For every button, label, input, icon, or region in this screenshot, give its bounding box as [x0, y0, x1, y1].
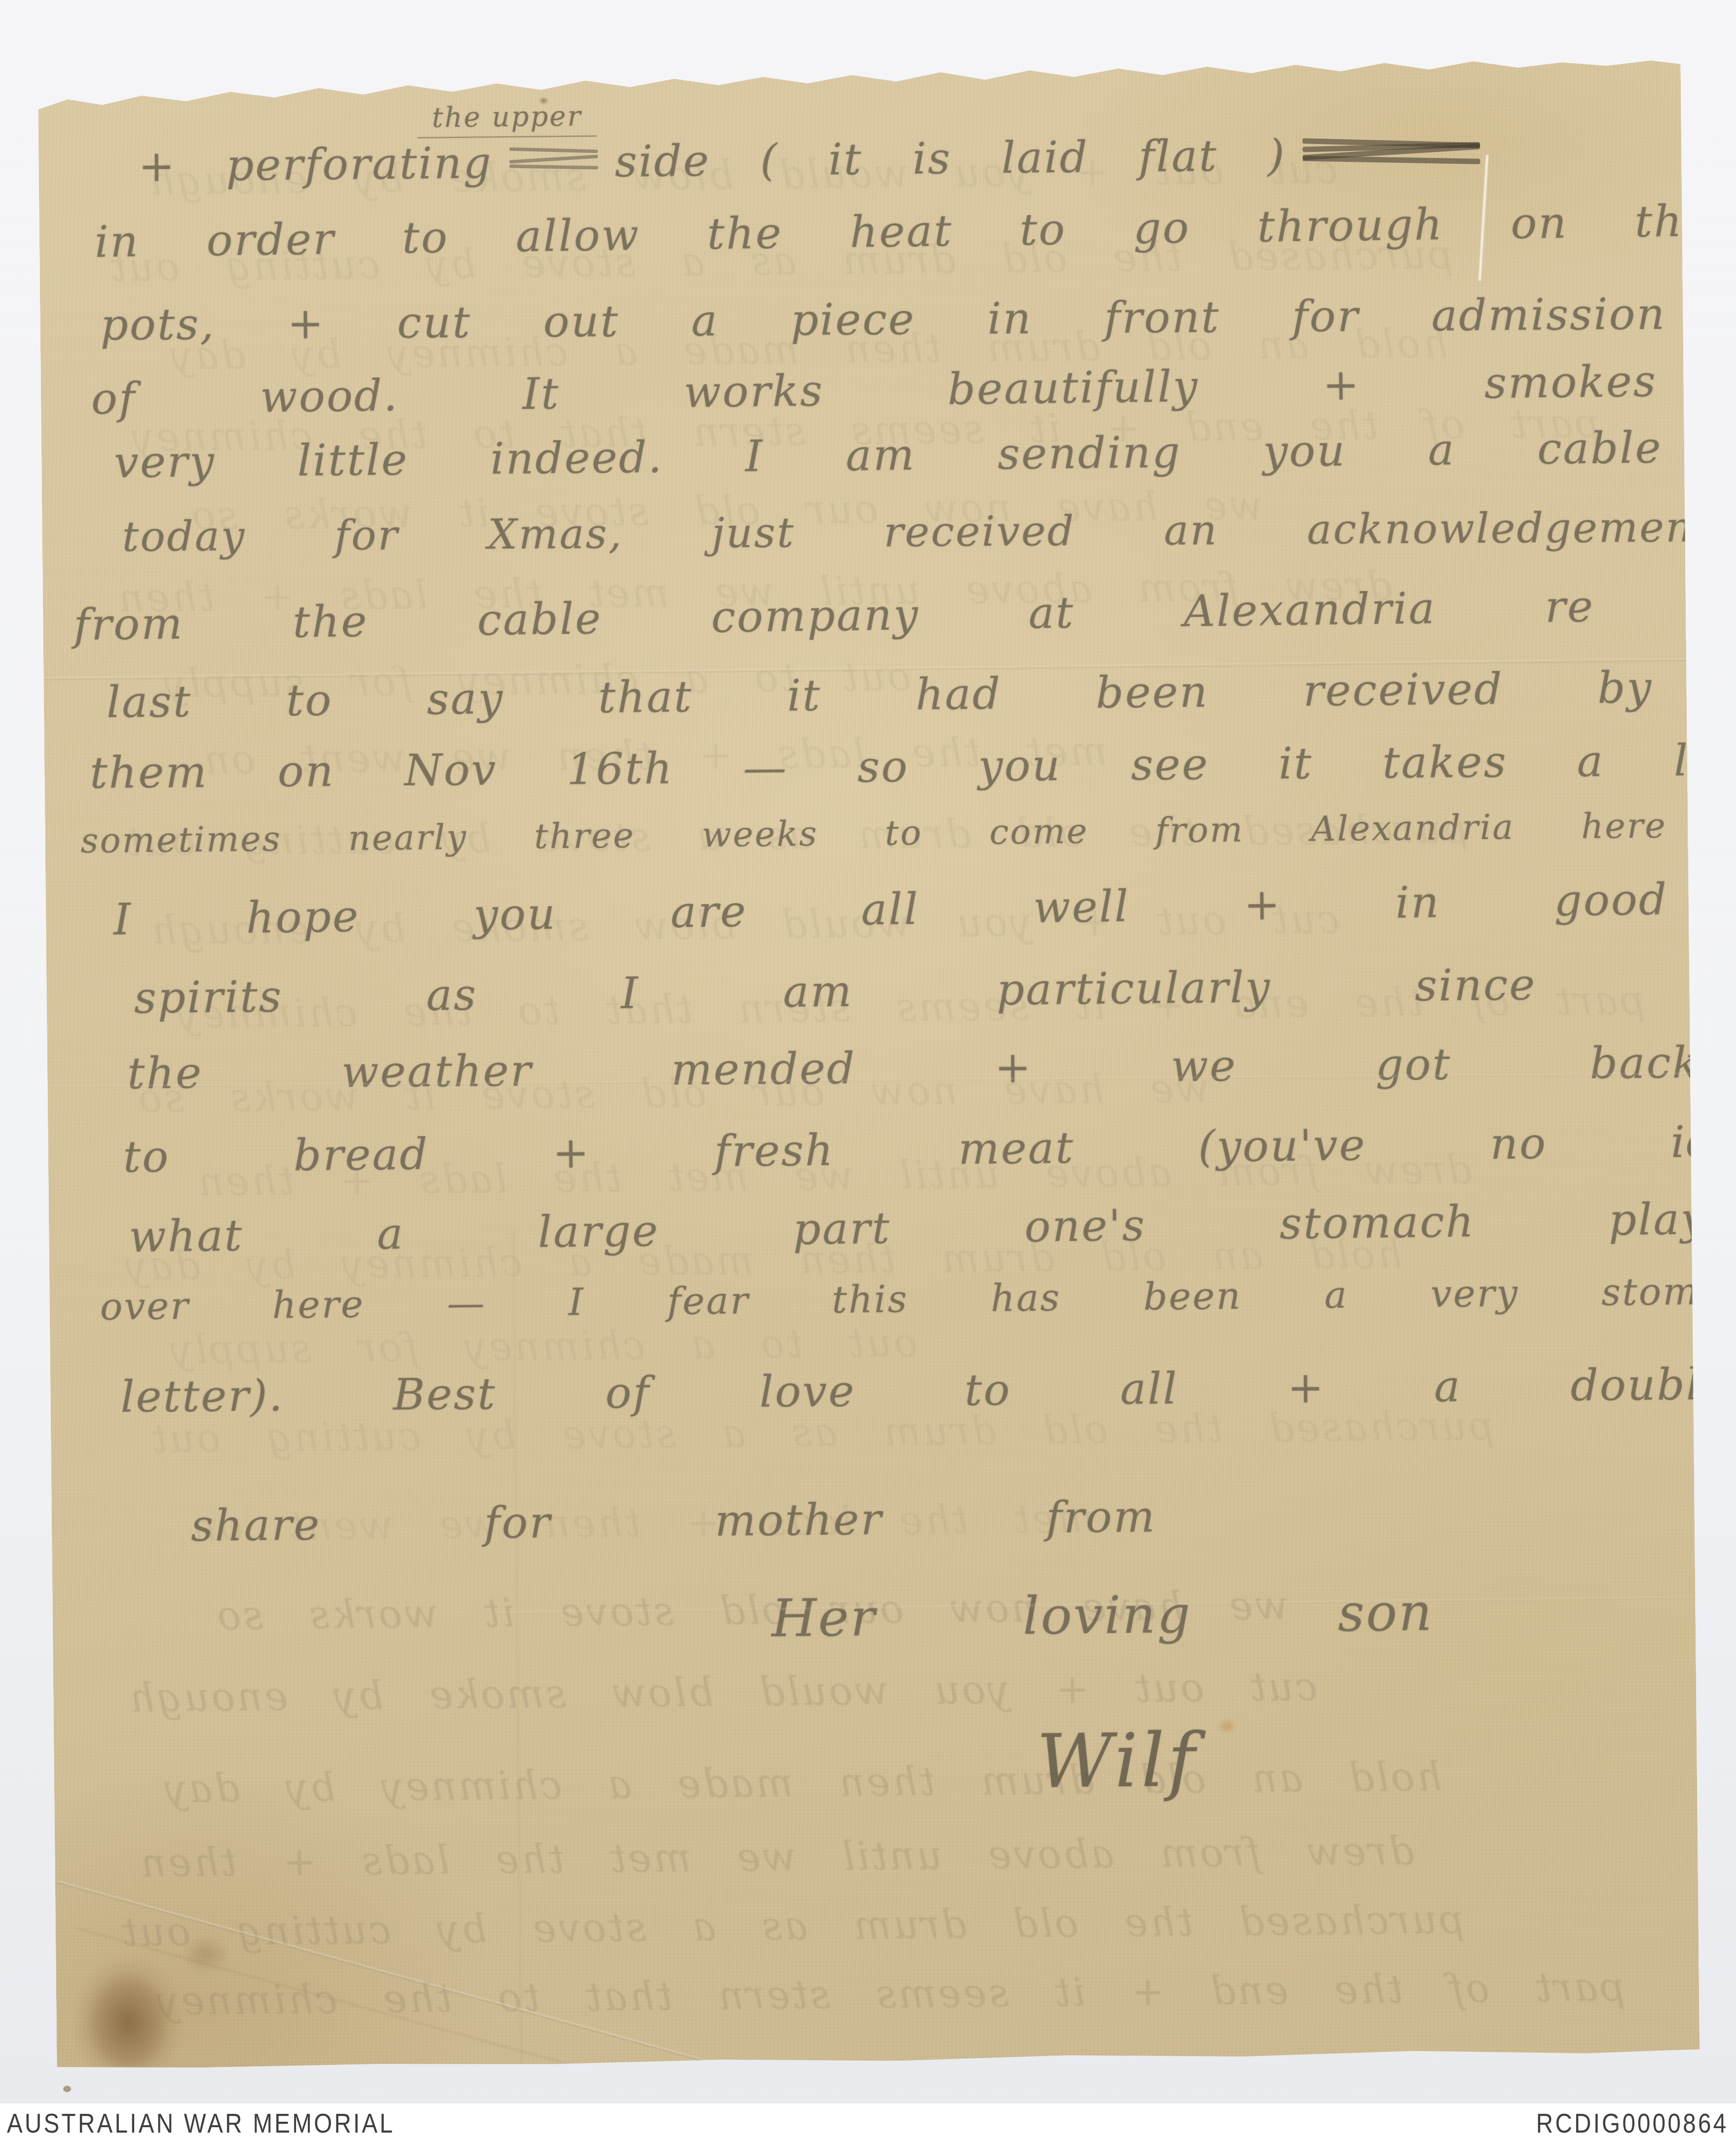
bleedthrough-line: cut out + you would blow smoke by enough — [127, 1663, 1318, 1721]
handwriting-layer: the upper + perforatingside ( it is laid… — [38, 59, 1681, 75]
handwritten-line: sometimes nearly three weeks to come fro… — [80, 805, 1667, 861]
bleedthrough-line: hold an old drum then made a chimney by … — [163, 1754, 1442, 1812]
archive-item-id: RCDIG0000864 — [1536, 2103, 1728, 2140]
bleedthrough-layer: cut out + you would blow smoke by enough… — [38, 59, 1681, 75]
handwritten-line: to bread + fresh meat (you've no idea — [123, 1115, 1736, 1182]
archive-footer: AUSTRALIAN WAR MEMORIAL RCDIG0000864 — [0, 2103, 1736, 2140]
handwritten-line: the weather mended + we got back — [127, 1037, 1700, 1099]
line1-after: side ( it is laid flat ) — [615, 130, 1287, 187]
handwritten-line: in order to allow the heat to go through… — [94, 195, 1710, 267]
scan-background: cut out + you would blow smoke by enough… — [0, 0, 1736, 2140]
scribbled-out-word — [1303, 163, 1480, 170]
letter-page: cut out + you would blow smoke by enough… — [38, 59, 1700, 2069]
handwritten-line: share for mother from — [190, 1491, 1156, 1551]
dust-speck — [63, 2086, 71, 2092]
brown-stain — [174, 1928, 239, 1980]
scribbled-out-word — [509, 172, 598, 178]
bleedthrough-line: purchased the old drum as a stove by cut… — [119, 1896, 1465, 1955]
small-stain — [537, 96, 550, 106]
archive-name-label: AUSTRALIAN WAR MEMORIAL — [7, 2103, 395, 2140]
line1-before: + perforating — [138, 137, 493, 191]
brown-stain — [71, 1953, 185, 2092]
closing-line: Her loving son — [771, 1582, 1434, 1649]
handwritten-line: what a large part one's stomach plays — [129, 1193, 1731, 1262]
handwritten-line: today for Xmas, just received an acknowl… — [122, 503, 1712, 561]
signature: Wilf — [1036, 1718, 1199, 1805]
inserted-word: the upper — [417, 100, 597, 138]
bleedthrough-line: out to a chimney for supply — [168, 1320, 918, 1373]
small-stain — [1216, 1716, 1239, 1736]
handwritten-line: I hope you are all well + in good — [113, 874, 1668, 945]
bleedthrough-line: part of the end + it seems stern that to… — [155, 1964, 1625, 2024]
bleedthrough-line: drew from above until we met the lads + … — [139, 1828, 1414, 1886]
